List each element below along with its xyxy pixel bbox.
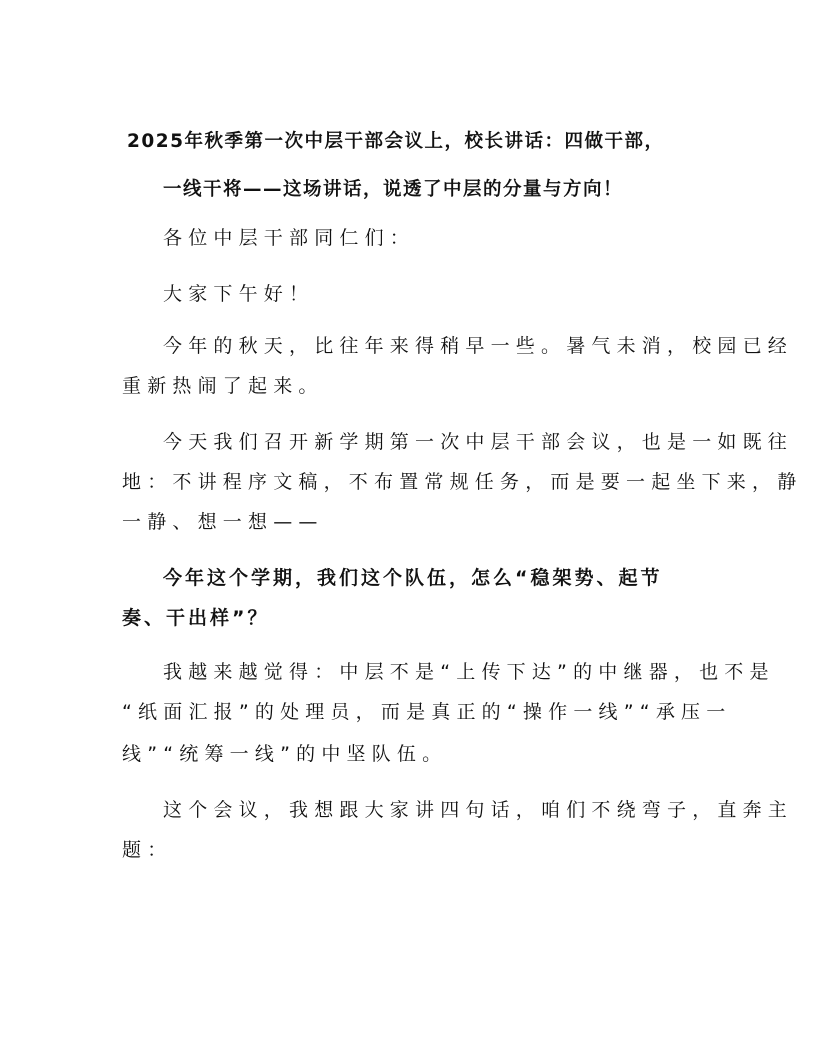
paragraph-2-line-2: 地：不讲程序文稿，不布置常规任务，而是要一起坐下来，静 (122, 470, 802, 494)
emphasis-question-line-2: 奏、干出样”？ (122, 606, 270, 630)
paragraph-4-line-1: 这个会议，我想跟大家讲四句话，咱们不绕弯子，直奔主 (163, 798, 793, 822)
paragraph-2-line-1: 今天我们召开新学期第一次中层干部会议，也是一如既往 (163, 430, 793, 454)
document-title-line-2: 一线干将——这场讲话，说透了中层的分量与方向！ (163, 178, 743, 202)
paragraph-3-line-2: “纸面汇报”的处理员，而是真正的“操作一线”“承压一 (122, 700, 731, 724)
paragraph-2-line-3: 一静、想一想—— (122, 510, 324, 534)
salutation: 各位中层干部同仁们： (163, 226, 415, 250)
paragraph-4-line-2: 题： (122, 838, 172, 862)
paragraph-1-line-1: 今年的秋天，比往年来得稍早一些。暑气未消，校园已经 (163, 334, 793, 358)
paragraph-3-line-1: 我越来越觉得：中层不是“上传下达”的中继器，也不是 (163, 660, 775, 684)
paragraph-3-line-3: 线”“统筹一线”的中坚队伍。 (122, 742, 447, 766)
document-title-line-1: 2025年秋季第一次中层干部会议上，校长讲话：四做干部， (127, 130, 707, 154)
paragraph-1-line-2: 重新热闹了起来。 (122, 374, 324, 398)
document-page: 2025年秋季第一次中层干部会议上，校长讲话：四做干部， 一线干将——这场讲话，… (0, 0, 816, 1056)
emphasis-question-line-1: 今年这个学期，我们这个队伍，怎么“稳架势、起节 (163, 566, 663, 590)
greeting: 大家下午好！ (163, 282, 314, 306)
